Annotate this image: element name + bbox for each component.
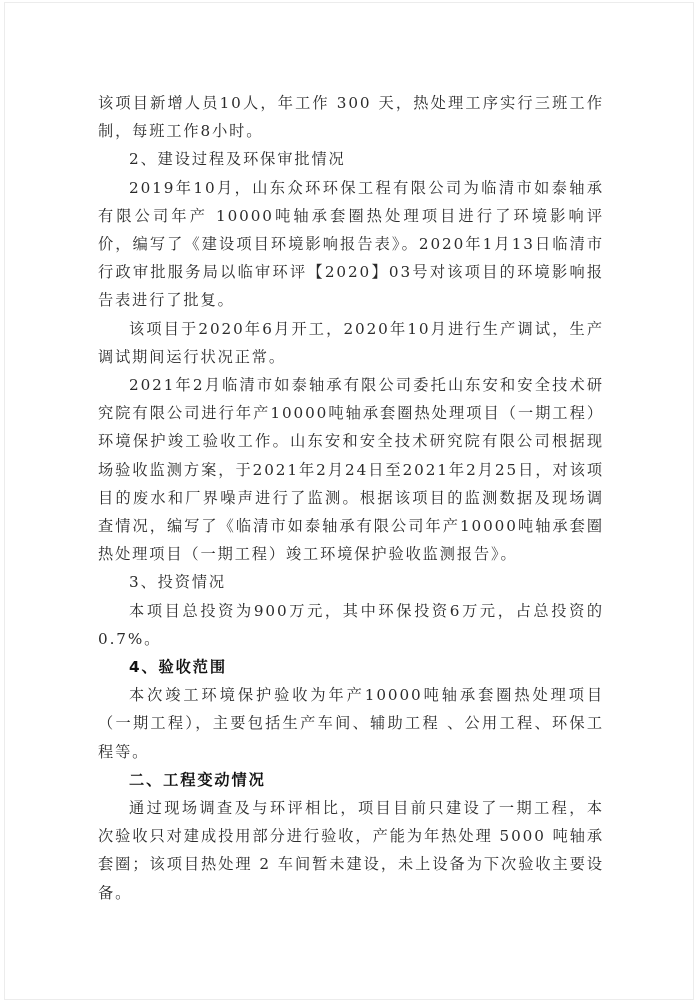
paragraph-acceptance-scope: 本次竣工环境保护验收为年产10000吨轴承套圈热处理项目（一期工程），主要包括生… xyxy=(98,681,604,766)
paragraph-eia-approval: 2019年10月，山东众环环保工程有限公司为临清市如泰轴承有限公司年产 1000… xyxy=(98,174,604,315)
document-body: 该项目新增人员10人，年工作 300 天，热处理工序实行三班工作制，每班工作8小… xyxy=(98,89,604,907)
paragraph-construction-timeline: 该项目于2020年6月开工，2020年10月进行生产调试，生产调试期间运行状况正… xyxy=(98,315,604,371)
section-heading-acceptance-scope: 4、验收范围 xyxy=(98,653,604,681)
document-page: 该项目新增人员10人，年工作 300 天，热处理工序实行三班工作制，每班工作8小… xyxy=(4,2,694,1000)
section-heading-project-changes: 二、工程变动情况 xyxy=(98,766,604,794)
paragraph-staffing: 该项目新增人员10人，年工作 300 天，热处理工序实行三班工作制，每班工作8小… xyxy=(98,89,604,145)
paragraph-project-changes: 通过现场调查及与环评相比，项目目前只建设了一期工程，本次验收只对建成投用部分进行… xyxy=(98,794,604,907)
paragraph-acceptance-monitoring: 2021年2月临清市如泰轴承有限公司委托山东安和安全技术研究院有限公司进行年产1… xyxy=(98,371,604,568)
section-heading-investment: 3、投资情况 xyxy=(98,568,604,596)
section-heading-construction-approval: 2、建设过程及环保审批情况 xyxy=(98,145,604,173)
paragraph-investment: 本项目总投资为900万元，其中环保投资6万元，占总投资的0.7%。 xyxy=(98,597,604,653)
